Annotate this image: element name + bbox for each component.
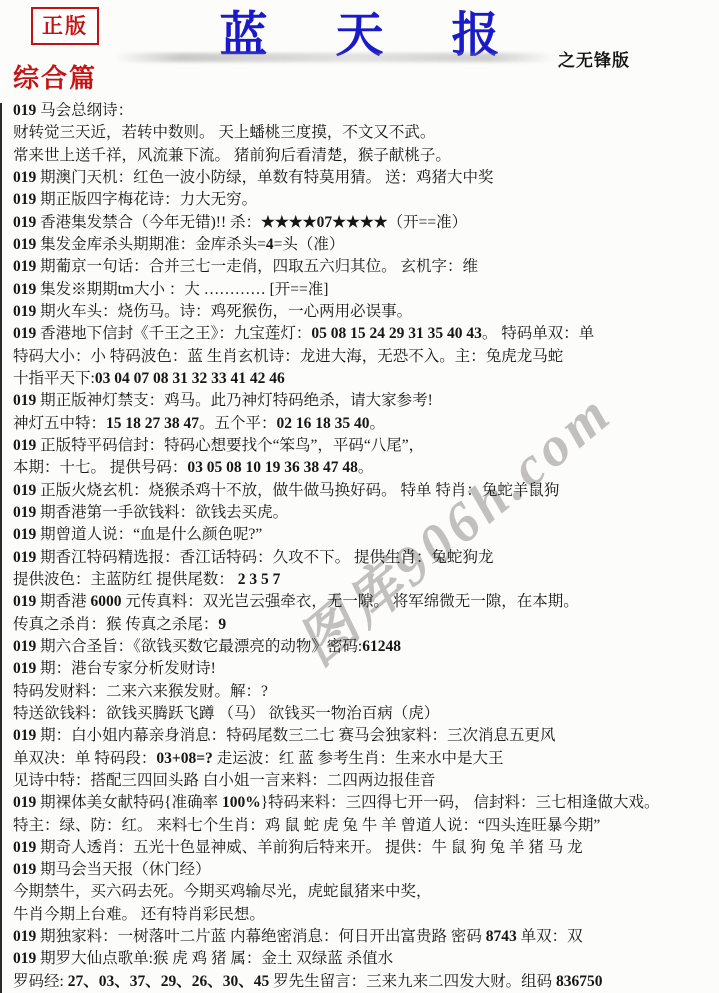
text-line: 财转觉三天近，若转中数则。 天上蟠桃三度摸，不文又不武。 <box>13 122 715 144</box>
text-line: 019 期罗大仙点歌单:猴 虎 鸡 猪 属：金土 双绿蓝 杀值水 <box>13 948 715 970</box>
text-line: 019 期香港第一手欲钱料：欲钱去买虎。 <box>13 502 715 524</box>
text-line: 019 期独家料：一树落叶二片蓝 内幕绝密消息：何日开出富贵路 密码 8743 … <box>13 926 715 948</box>
text-line: 本期：十七。 提供号码：03 05 08 10 19 36 38 47 48。 <box>13 457 715 479</box>
text-line: 十指平天下:03 04 07 08 31 32 33 41 42 46 <box>13 368 715 390</box>
text-line: 019 期澳门天机：红色一波小防绿，单数有特莫用猜。 送：鸡猪大中奖 <box>13 167 715 189</box>
text-line: 019 期奇人透肖：五光十色显神威、羊前狗后特来开。 提供：牛 鼠 狗 兔 羊 … <box>13 837 715 859</box>
section-title: 综合篇 <box>13 58 97 95</box>
text-line: 传真之杀肖：猴 传真之杀尾：9 <box>13 614 715 636</box>
text-line: 019 集发※期期tm大小 ：大 ………… [开==准] <box>13 279 715 301</box>
text-line: 019 期裸体美女献特码{准确率 100%}特码来料：三四得七开一码， 信封料：… <box>13 792 715 814</box>
text-line: 见诗中特：搭配三四回头路 白小姐一言来料：二四两边报佳音 <box>13 770 715 792</box>
text-line: 特码大小：小 特码波色：蓝 生肖玄机诗：龙进大海，无恐不入。主：兔虎龙马蛇 <box>13 346 715 368</box>
text-line: 019 期火车头：烧伤马。诗：鸡死猴伤，一心两用必误事。 <box>13 301 715 323</box>
text-line: 单双决：单 特码段：03+08=? 走运波：红 蓝 参考生肖：生来水中是大王 <box>13 748 715 770</box>
text-line: 019 期：港台专家分析发财诗! <box>13 658 715 680</box>
text-line: 牛肖今期上台难。 还有特肖彩民想。 <box>13 904 715 926</box>
newspaper-page: 正版 蓝 天 报 之无锋版 综合篇 图库906h.com 019 马会总纲诗：财… <box>0 0 719 993</box>
text-line: 019 期香港 6000 元传真料：双光岂云强牵衣，无一隙。 将军绵微无一隙，在… <box>13 591 715 613</box>
text-line: 019 期马会当天报（休门经） <box>13 859 715 881</box>
text-line: 罗码经: 27、03、37、29、26、30、45 罗先生留言：三来九来二四发大… <box>13 971 715 993</box>
content-lines: 019 马会总纲诗：财转觉三天近，若转中数则。 天上蟠桃三度摸，不文又不武。常来… <box>13 100 715 993</box>
text-line: 特送欲钱料：欲钱买腾跃飞蹲 （马） 欲钱买一物治百病（虎） <box>13 703 715 725</box>
text-line: 019 期正版神灯禁支：鸡马。此乃神灯特码绝杀，请大家参考! <box>13 390 715 412</box>
text-line: 提供波色：主蓝防红 提供尾数： 2 3 5 7 <box>13 569 715 591</box>
text-line: 019 马会总纲诗： <box>13 100 715 122</box>
text-line: 019 期六合圣旨：《欲钱买数它最漂亮的动物》密码:61248 <box>13 636 715 658</box>
text-line: 019 期香江特码精选报：香江话特码：久攻不下。 提供生肖：兔蛇狗龙 <box>13 547 715 569</box>
text-line: 019 集发金库杀头期期准：金库杀头=4=头（准） <box>13 234 715 256</box>
text-line: 神灯五中特：15 18 27 38 47。五个平：02 16 18 35 40。 <box>13 413 715 435</box>
text-line: 019 期：白小姐内幕亲身消息：特码尾数三二七 赛马会独家料：三次消息五更风 <box>13 725 715 747</box>
text-line: 019 期曾道人说：“血是什么颜色呢?” <box>13 524 715 546</box>
text-line: 019 期正版四字梅花诗：力大无穷。 <box>13 189 715 211</box>
text-line: 019 正版火烧玄机：烧猴杀鸡十不放，做牛做马换好码。 特单 特肖：兔蛇羊鼠狗 <box>13 480 715 502</box>
edition-label: 之无锋版 <box>558 46 630 71</box>
text-line: 今期禁牛，买六码去死。今期买鸡输尽光，虎蛇鼠猪来中奖， <box>13 881 715 903</box>
text-line: 特码发财料：二来六来猴发财。解：? <box>13 681 715 703</box>
text-line: 019 正版特平码信封：特码心想要找个“笨鸟”，平码“八尾”， <box>13 435 715 457</box>
text-line: 019 香港地下信封《千王之王》：九宝莲灯：05 08 15 24 29 31 … <box>13 323 715 345</box>
text-line: 019 期葡京一句话：合并三七一走俏，四取五六归其位。 玄机字：维 <box>13 256 715 278</box>
left-border-line <box>0 103 2 993</box>
text-line: 019 香港集发禁合（今年无错)!! 杀：★★★★07★★★★（开==准） <box>13 212 715 234</box>
scan-smudge <box>115 53 555 62</box>
text-line: 常来世上送千祥，风流兼下流。 猪前狗后看清楚，猴子献桃子。 <box>13 145 715 167</box>
text-line: 特主：绿、防：红。 来料七个生肖：鸡 鼠 蛇 虎 兔 牛 羊 曾道人说：“四头连… <box>13 815 715 837</box>
